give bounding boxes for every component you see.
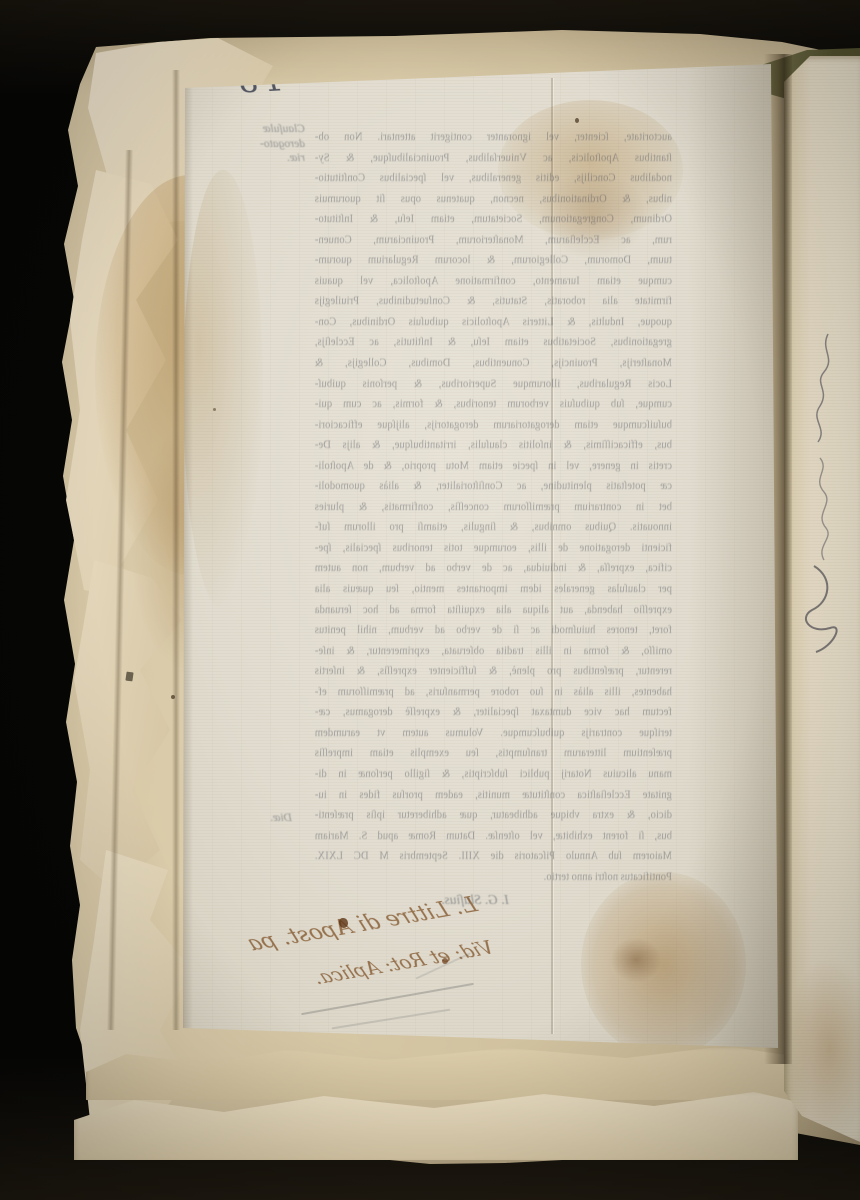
text-line: rum, ac Eccleſiarum, Monaſteriorum, Prou… — [315, 229, 672, 250]
text-line: Locis Regularibus, illorumque Superiorib… — [315, 373, 672, 394]
date-margin-note: Diæ. — [270, 812, 292, 824]
text-line: ficienti derogatione de illis, eorumque … — [315, 537, 672, 558]
text-line: firmitate alia roboratis, Statutis, & Co… — [315, 290, 672, 311]
adjacent-leaf-handwriting — [788, 326, 852, 666]
text-line: gregationibus, Societatibus etiam Ieſu, … — [315, 331, 672, 352]
adjacent-leaf — [784, 56, 860, 1142]
text-line: teriſque contrarijs quibuſcumque. Volumu… — [315, 722, 672, 743]
text-line: dicio, & extra vbique adhibeatur, quæ ad… — [315, 804, 672, 825]
text-line: omiſſo, & forma in illis tradita obſerua… — [315, 640, 672, 661]
ink-blot — [339, 918, 348, 928]
text-line: tuum, Domorum, Collegiorum, & locorum Re… — [315, 249, 672, 270]
photo-backdrop: 18 Clauſulæderogato-riæ. auctoritate, ſc… — [0, 0, 860, 1200]
text-line: rerentur, præſentibus pro plenè, & ſuffi… — [315, 660, 672, 681]
handwritten-inscription-line-2: Vid: et Rot: Aplica. — [310, 937, 497, 989]
text-line: cumque etiam Iuramento, confirmatione Ap… — [315, 270, 672, 291]
text-line: buſuiſcumque etiam derogatoriarum deroga… — [315, 414, 672, 435]
document-leaf: 18 Clauſulæderogato-riæ. auctoritate, ſc… — [183, 60, 778, 1050]
text-line: Maiorem ſub Annulo Piſcatoris die XIII. … — [315, 845, 672, 866]
text-line: nodalibus Concilijs, editis generalibus,… — [315, 167, 672, 188]
text-line: bus, efficaciſſimis, & inſolitis clauſul… — [315, 434, 672, 455]
text-line: Monaſterijs, Prouincijs, Conuentibus, Do… — [315, 352, 672, 373]
margin-note: Clauſulæderogato-riæ. — [225, 122, 305, 166]
ink-speck — [171, 695, 175, 699]
text-line: auctoritate, ſcienter, vel ignoranter co… — [315, 126, 672, 147]
text-line: cumque, ſub quibuſuis verborum tenoribus… — [315, 393, 672, 414]
text-line: ſtantibus Apoſtolicis, ac Vniuerſalibus,… — [315, 147, 672, 168]
text-line: bus, ſi forent exhibitæ, vel oſtenſæ. Da… — [315, 825, 672, 846]
text-line: cretis in genere, vel in ſpecie etiam Mo… — [315, 455, 672, 476]
edge-ink-mark — [125, 672, 133, 682]
text-line: fectum hac vice dumtaxat ſpecialiter, & … — [315, 701, 672, 722]
text-line: cæ poteſtatis plenitudine, ac Conſiſtori… — [315, 475, 672, 496]
text-line: manu alicuius Notarij publici ſubſcripti… — [315, 763, 672, 784]
text-line: nibus, & Ordinationibus, necnon, quatenu… — [315, 188, 672, 209]
text-line: gnitate Eccleſiaſtica conſtitutæ munitis… — [315, 784, 672, 805]
text-line: innouatis. Quibus omnibus, & ſingulis, e… — [315, 516, 672, 537]
text-line: habentes, illis aliàs in ſuo robore perm… — [315, 681, 672, 702]
text-line: derogato- — [225, 137, 305, 152]
showthrough-layer: 18 Clauſulæderogato-riæ. auctoritate, ſc… — [183, 60, 778, 1050]
text-line: præſentium litterarum tranſumptis, ſeu e… — [315, 742, 672, 763]
body-text-block: auctoritate, ſcienter, vel ignoranter co… — [315, 126, 672, 886]
text-line: Clauſulæ — [225, 122, 305, 137]
text-line: Ordinum, Congregationum, Societatum, eti… — [315, 208, 672, 229]
text-line: quoque, Indultis, & Litteris Apoſtolicis… — [315, 311, 672, 332]
text-line: bet in contrarium præmiſſorum conceſſis,… — [315, 496, 672, 517]
text-line: riæ. — [225, 151, 305, 166]
text-line: per clauſulas generales idem importantes… — [315, 578, 672, 599]
text-line: expreſſio habenda, aut aliqua alia exqui… — [315, 599, 672, 620]
text-line: foret, tenores huiuſmodi ac ſi de verbo … — [315, 619, 672, 640]
text-line: Pontificatus noſtri anno tertio. — [315, 866, 672, 887]
text-line: cifica, expreſſa, & indiuidua, ac de ver… — [315, 557, 672, 578]
